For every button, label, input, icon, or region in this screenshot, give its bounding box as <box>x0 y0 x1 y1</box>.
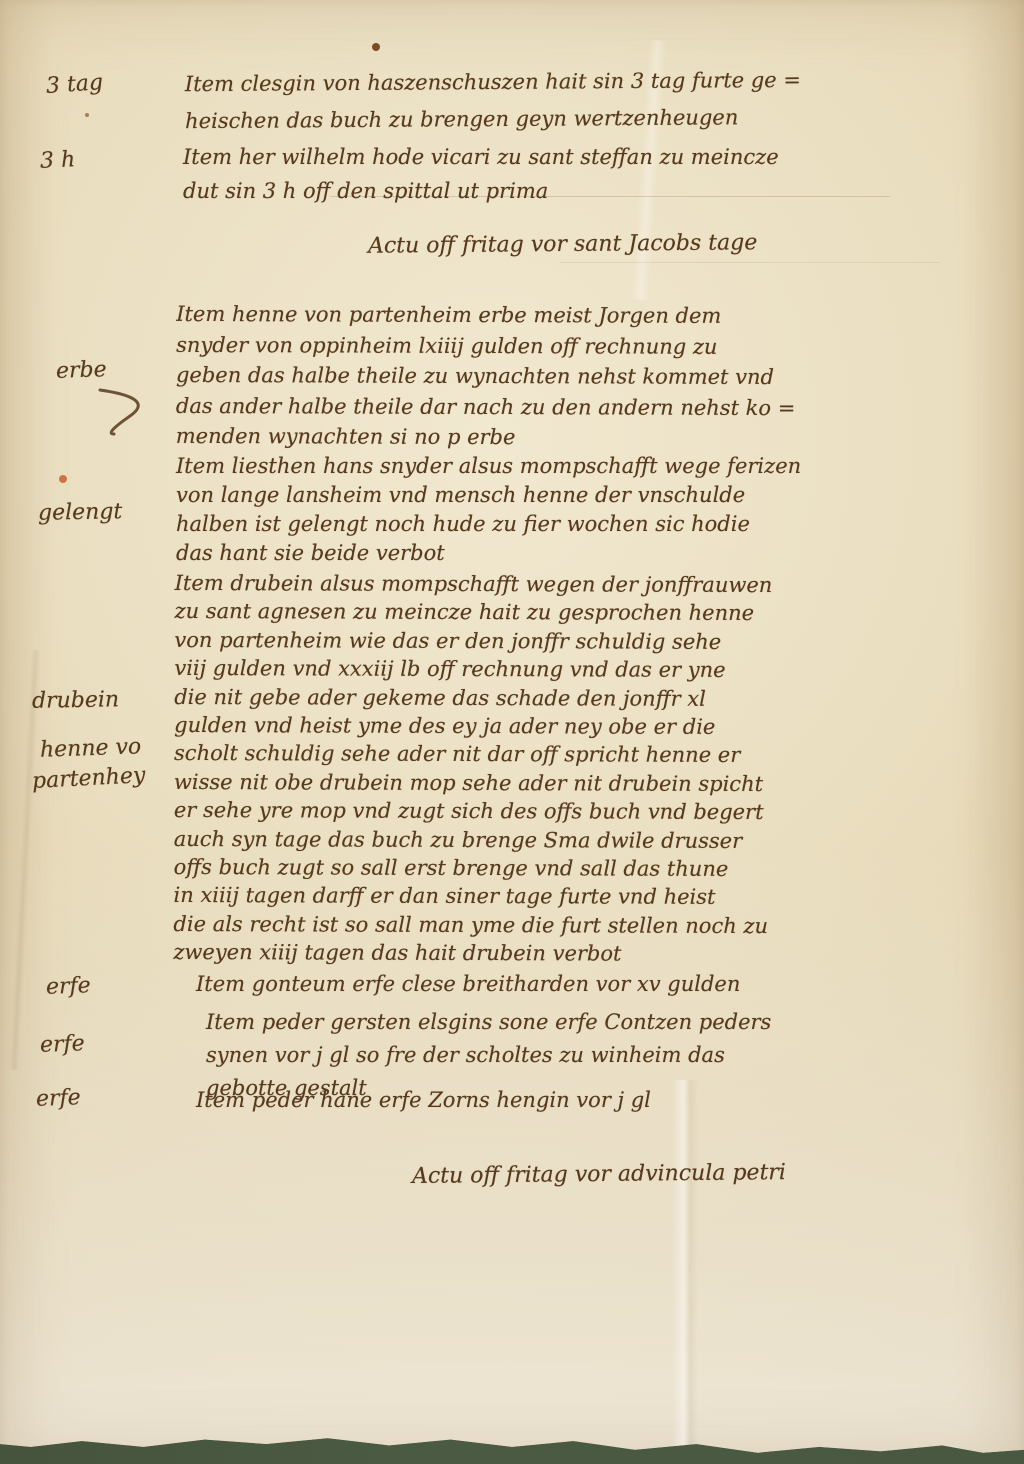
margin-note: 3 tag <box>45 70 104 99</box>
ledger-entry: Item gonteum erfe clese breitharden vor … <box>196 972 740 996</box>
ledger-entry: Item liesthen hans snyder alsus mompscha… <box>176 452 801 568</box>
margin-note: henne vo <box>40 734 142 763</box>
text-line: viij gulden vnd xxxiij lb off rechnung v… <box>174 654 772 684</box>
text-line: Item clesgin von haszenschuszen hait sin… <box>185 62 801 103</box>
margin-note: erfe <box>36 1085 82 1112</box>
text-line: menden wynachten si no p erbe <box>176 421 796 454</box>
text-line: von partenheim wie das er den jonffr sch… <box>174 626 772 656</box>
pen-flourish <box>96 384 166 440</box>
text-line: das hant sie beide verbot <box>176 539 801 568</box>
ledger-entry: Item clesgin von haszenschuszen hait sin… <box>185 62 802 140</box>
text-line: zu sant agnesen zu meincze hait zu gespr… <box>174 597 772 627</box>
ledger-entry: Item peder hane erfe Zorns hengin vor j … <box>196 1088 651 1112</box>
text-line: Item her wilhelm hode vicari zu sant ste… <box>183 140 779 174</box>
fold-crease <box>672 1080 698 1450</box>
margin-note: erbe <box>56 357 107 384</box>
text-line: er sehe yre mop vnd zugt sich des offs b… <box>174 796 772 826</box>
text-line: Item drubein alsus mompschafft wegen der… <box>175 569 773 599</box>
ink-spot <box>372 43 380 51</box>
parchment-page: 3 tag 3 h erbe gelengt drubein henne vo … <box>0 0 1024 1460</box>
margin-note: drubein <box>32 687 120 714</box>
text-line: halben ist gelengt noch hude zu fier woc… <box>176 510 801 539</box>
ledger-entry: Item henne von partenheim erbe meist Jor… <box>176 299 796 454</box>
text-line: wisse nit obe drubein mop sehe ader nit … <box>174 768 772 798</box>
text-line: in xiiij tagen darff er dan siner tage f… <box>174 881 772 911</box>
text-line: offs buch zugt so sall erst brenge vnd s… <box>174 853 772 883</box>
margin-note: partenhey <box>31 763 146 794</box>
ledger-entry: Item her wilhelm hode vicari zu sant ste… <box>183 140 779 208</box>
margin-note: 3 h <box>39 147 75 174</box>
ink-spot <box>85 113 89 117</box>
text-line: die als recht ist so sall man yme die fu… <box>173 910 771 940</box>
text-line: zweyen xiiij tagen das hait drubein verb… <box>173 938 771 968</box>
margin-note: erfe <box>40 1031 86 1058</box>
wax-spot <box>59 475 67 483</box>
text-line: gulden vnd heist yme des ey ja ader ney … <box>174 711 772 741</box>
section-heading: Actu off fritag vor advincula petri <box>412 1160 786 1189</box>
section-heading: Actu off fritag vor sant Jacobs tage <box>368 230 758 258</box>
text-line: Item henne von partenheim erbe meist Jor… <box>176 299 796 332</box>
text-line: scholt schuldig sehe ader nit dar off sp… <box>174 739 772 769</box>
text-line: snyder von oppinheim lxiiij gulden off r… <box>176 329 796 362</box>
manuscript-photograph: 3 tag 3 h erbe gelengt drubein henne vo … <box>0 0 1024 1464</box>
scratch-line <box>560 262 940 263</box>
text-line: heischen das buch zu brengen geyn wertze… <box>185 99 801 140</box>
text-line: synen vor j gl so fre der scholtes zu wi… <box>206 1039 771 1072</box>
text-line: Item gonteum erfe clese breitharden vor … <box>196 972 740 996</box>
text-line: Item peder gersten elsgins sone erfe Con… <box>206 1006 771 1039</box>
text-line: das ander halbe theile dar nach zu den a… <box>176 390 796 423</box>
text-line: Item liesthen hans snyder alsus mompscha… <box>176 452 801 481</box>
ledger-entry: Item drubein alsus mompschafft wegen der… <box>173 569 772 969</box>
margin-note: gelengt <box>38 499 123 525</box>
text-line: die nit gebe ader gekeme das schade den … <box>174 683 772 713</box>
text-line: geben das halbe theile zu wynachten nehs… <box>176 360 796 393</box>
text-line: Item peder hane erfe Zorns hengin vor j … <box>196 1088 651 1112</box>
text-line: auch syn tage das buch zu brenge Sma dwi… <box>174 825 772 855</box>
text-line: von lange lansheim vnd mensch henne der … <box>176 481 801 510</box>
margin-note: erfe <box>46 973 92 1000</box>
text-line: dut sin 3 h off den spittal ut prima <box>183 174 779 208</box>
